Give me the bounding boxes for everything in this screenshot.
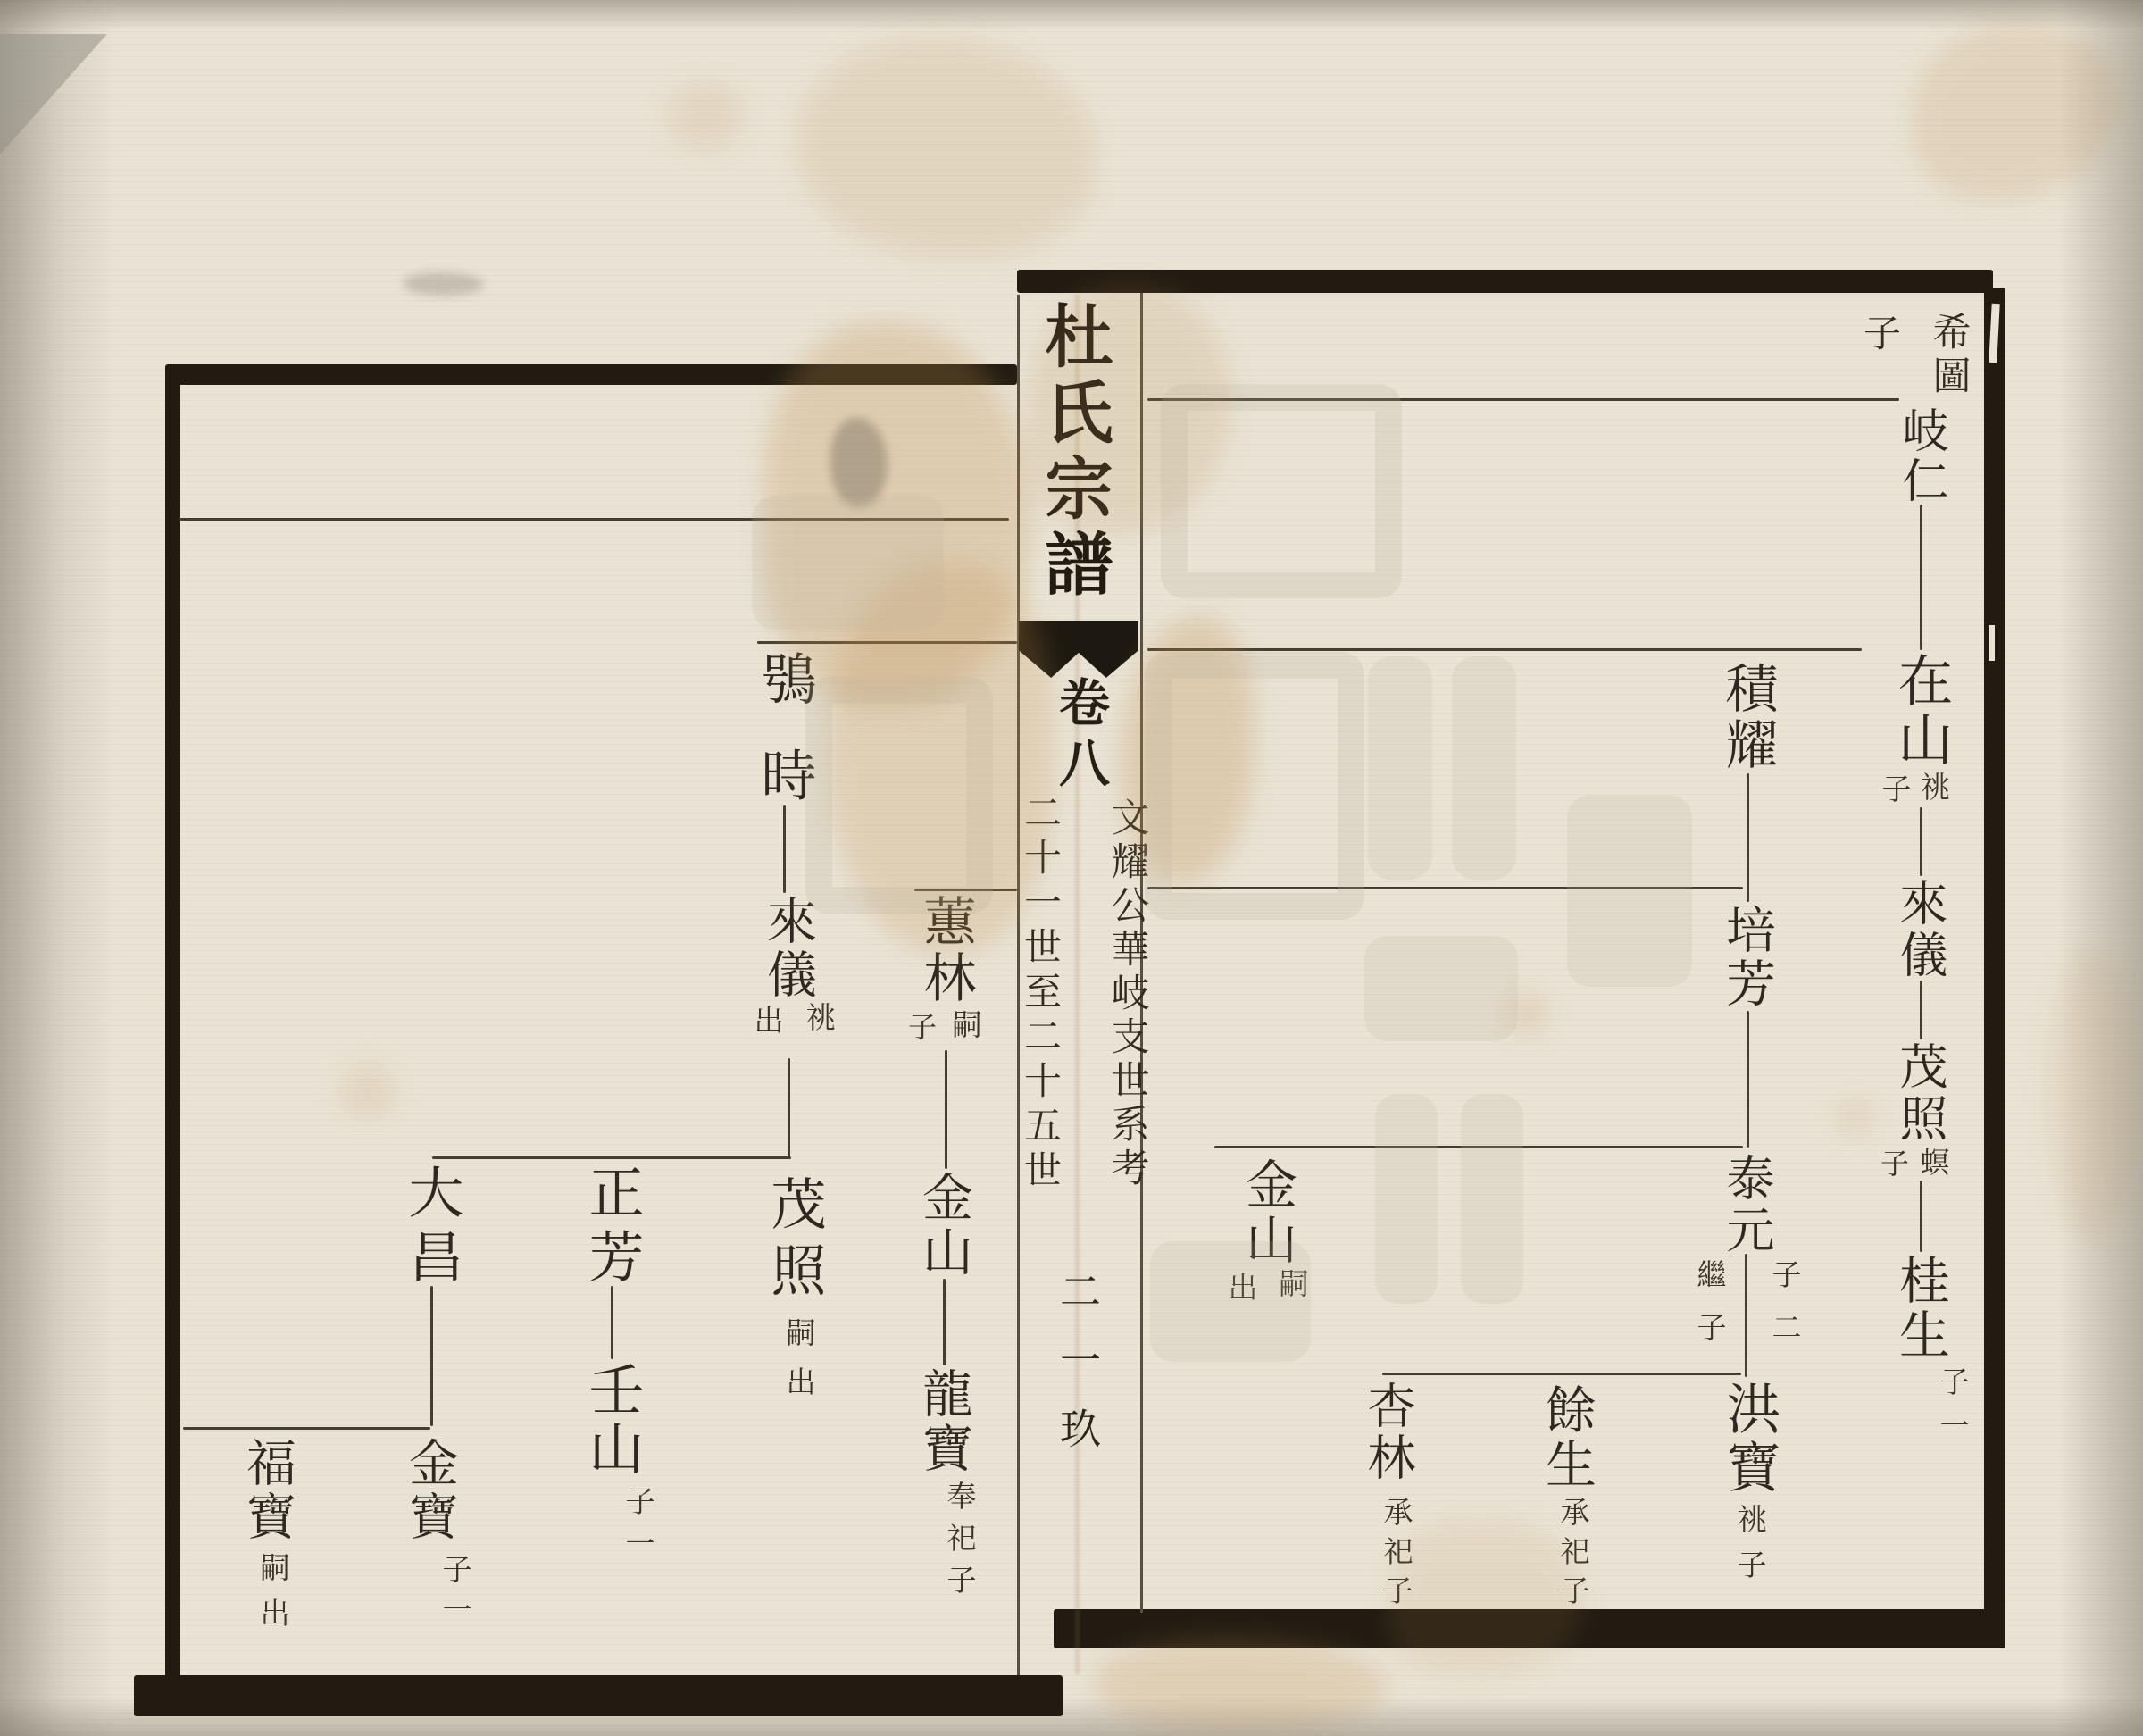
descent-line-vertical bbox=[1920, 505, 1922, 650]
person-name: 希圖 bbox=[1930, 312, 1968, 399]
annotation: 出 bbox=[1225, 1272, 1255, 1301]
paper-stain bbox=[1505, 991, 1549, 1036]
descent-line-vertical bbox=[1920, 807, 1922, 876]
person-name: 茂照 bbox=[765, 1175, 821, 1307]
descent-line-vertical bbox=[788, 1058, 790, 1157]
person-name: 金山 bbox=[918, 1171, 969, 1280]
person-name: 蕙林 bbox=[919, 894, 971, 1006]
page-title: 杜氏宗譜 bbox=[1038, 301, 1106, 605]
corner-curl bbox=[0, 34, 107, 154]
paper-stain bbox=[795, 36, 1098, 259]
right-border-gap-2 bbox=[1989, 625, 1995, 661]
genealogy-scan-sheet: 杜氏宗譜 卷八 文耀公華岐支世系考 二十一世至二十五世 二一玖 希圖子岐仁在山祧… bbox=[0, 0, 2143, 1736]
annotation: 子一 bbox=[622, 1486, 652, 1570]
person-name: 來儀 bbox=[1896, 878, 1944, 981]
descent-line-vertical bbox=[945, 1050, 947, 1169]
generation-range: 二十一世至二十五世 bbox=[1021, 793, 1058, 1195]
descent-line-horizontal bbox=[183, 1427, 430, 1430]
annotation: 祧子 bbox=[1734, 1504, 1764, 1595]
descent-line-horizontal bbox=[1147, 887, 1743, 889]
person-name: 餘生 bbox=[1541, 1383, 1592, 1492]
annotation: 嗣 bbox=[949, 1009, 979, 1039]
digital-watermark-shape bbox=[1161, 384, 1402, 598]
person-name: 在山 bbox=[1892, 652, 1947, 770]
annotation: 子一 bbox=[439, 1554, 469, 1634]
descent-line-vertical bbox=[783, 805, 786, 893]
annotation: 承祀子 bbox=[1557, 1497, 1587, 1615]
descent-line-horizontal bbox=[1147, 398, 1899, 401]
page-number: 二一玖 bbox=[1056, 1270, 1097, 1476]
person-name: 杏林 bbox=[1363, 1381, 1412, 1484]
person-name: 大昌 bbox=[403, 1164, 458, 1292]
paper-stain bbox=[1835, 1098, 1874, 1138]
digital-watermark-shape bbox=[1452, 656, 1516, 880]
person-name: 積耀 bbox=[1721, 661, 1773, 773]
right-border bbox=[1984, 288, 2005, 1648]
left-border bbox=[165, 364, 180, 1704]
paper-stain bbox=[1911, 22, 2116, 201]
digital-watermark-shape bbox=[1145, 652, 1364, 920]
person-name: 金山 bbox=[1240, 1157, 1292, 1268]
annotation: 祧 bbox=[1917, 772, 1947, 801]
person-name: 子 bbox=[1860, 313, 1897, 351]
person-name: 壬山 bbox=[583, 1361, 638, 1479]
paper-stain bbox=[1094, 1639, 1388, 1732]
person-name: 岐仁 bbox=[1897, 406, 1943, 506]
person-name: 泰元 bbox=[1722, 1153, 1771, 1256]
person-name: 金寶 bbox=[404, 1437, 454, 1544]
descent-line-vertical bbox=[1920, 1181, 1922, 1252]
bottom-border-right-page bbox=[1054, 1609, 2005, 1648]
descent-line-horizontal bbox=[432, 1156, 791, 1159]
ink-smudge bbox=[404, 272, 484, 296]
bottom-border-left-page bbox=[134, 1675, 1063, 1716]
descent-line-horizontal bbox=[179, 518, 1009, 521]
person-name: 茂照 bbox=[1896, 1041, 1944, 1145]
descent-line-vertical bbox=[611, 1286, 613, 1359]
top-border-left-page bbox=[166, 364, 1017, 385]
annotation: 子 bbox=[1879, 773, 1908, 803]
paper-stain bbox=[339, 1063, 396, 1120]
annotation: 子二 bbox=[1769, 1259, 1798, 1365]
paper-stain bbox=[665, 80, 746, 152]
annotation: 子一 bbox=[1937, 1366, 1966, 1454]
volume-label: 卷八 bbox=[1055, 676, 1105, 797]
descent-line-horizontal bbox=[1147, 648, 1862, 651]
annotation: 奉祀子 bbox=[944, 1481, 973, 1607]
top-border-right-page bbox=[1017, 270, 1993, 293]
person-name: 福寶 bbox=[242, 1437, 292, 1544]
digital-watermark-shape bbox=[1461, 1094, 1523, 1304]
annotation: 子 bbox=[906, 1012, 935, 1040]
descent-line-vertical bbox=[1747, 773, 1749, 902]
annotation: 繼子 bbox=[1694, 1259, 1723, 1365]
descent-line-vertical bbox=[430, 1286, 433, 1426]
annotation: 嗣出 bbox=[783, 1317, 813, 1415]
digital-watermark-shape bbox=[1567, 795, 1692, 987]
person-name: 正芳 bbox=[583, 1164, 638, 1292]
person-name: 桂生 bbox=[1895, 1254, 1946, 1363]
descent-line-horizontal bbox=[757, 641, 1017, 644]
descent-line-horizontal bbox=[1382, 1373, 1741, 1375]
person-name: 洪寶 bbox=[1722, 1381, 1776, 1497]
annotation: 承祀子 bbox=[1380, 1497, 1410, 1615]
person-name: 龍寶 bbox=[918, 1367, 969, 1476]
section-title: 文耀公華岐支世系考 bbox=[1108, 797, 1147, 1191]
digital-watermark-shape bbox=[1375, 1094, 1438, 1304]
ink-smudge bbox=[830, 418, 888, 507]
digital-watermark-shape bbox=[1368, 656, 1432, 880]
top-paper-edge bbox=[0, 0, 2143, 30]
paper-stain bbox=[2045, 947, 2139, 1241]
annotation: 祧 bbox=[803, 1002, 832, 1031]
annotation: 子 bbox=[1879, 1148, 1907, 1177]
descent-line-vertical bbox=[1745, 1254, 1747, 1377]
descent-line-vertical bbox=[1747, 1011, 1749, 1148]
digital-watermark-shape bbox=[805, 677, 993, 914]
annotation: 螟 bbox=[1917, 1147, 1947, 1176]
person-name: 來儀 bbox=[763, 895, 813, 1002]
right-paper-edge bbox=[2058, 0, 2143, 1736]
digital-watermark-shape bbox=[752, 496, 944, 630]
descent-line-vertical bbox=[1920, 981, 1922, 1039]
annotation: 嗣出 bbox=[257, 1552, 287, 1643]
descent-line-horizontal bbox=[1214, 1146, 1743, 1148]
descent-line-horizontal bbox=[914, 889, 1017, 891]
annotation: 出 bbox=[751, 1005, 780, 1034]
digital-watermark-shape bbox=[1364, 936, 1518, 1041]
descent-line-vertical bbox=[943, 1279, 946, 1365]
person-name: 培芳 bbox=[1722, 904, 1772, 1011]
left-paper-edge bbox=[0, 0, 116, 1736]
annotation: 嗣 bbox=[1276, 1268, 1305, 1298]
